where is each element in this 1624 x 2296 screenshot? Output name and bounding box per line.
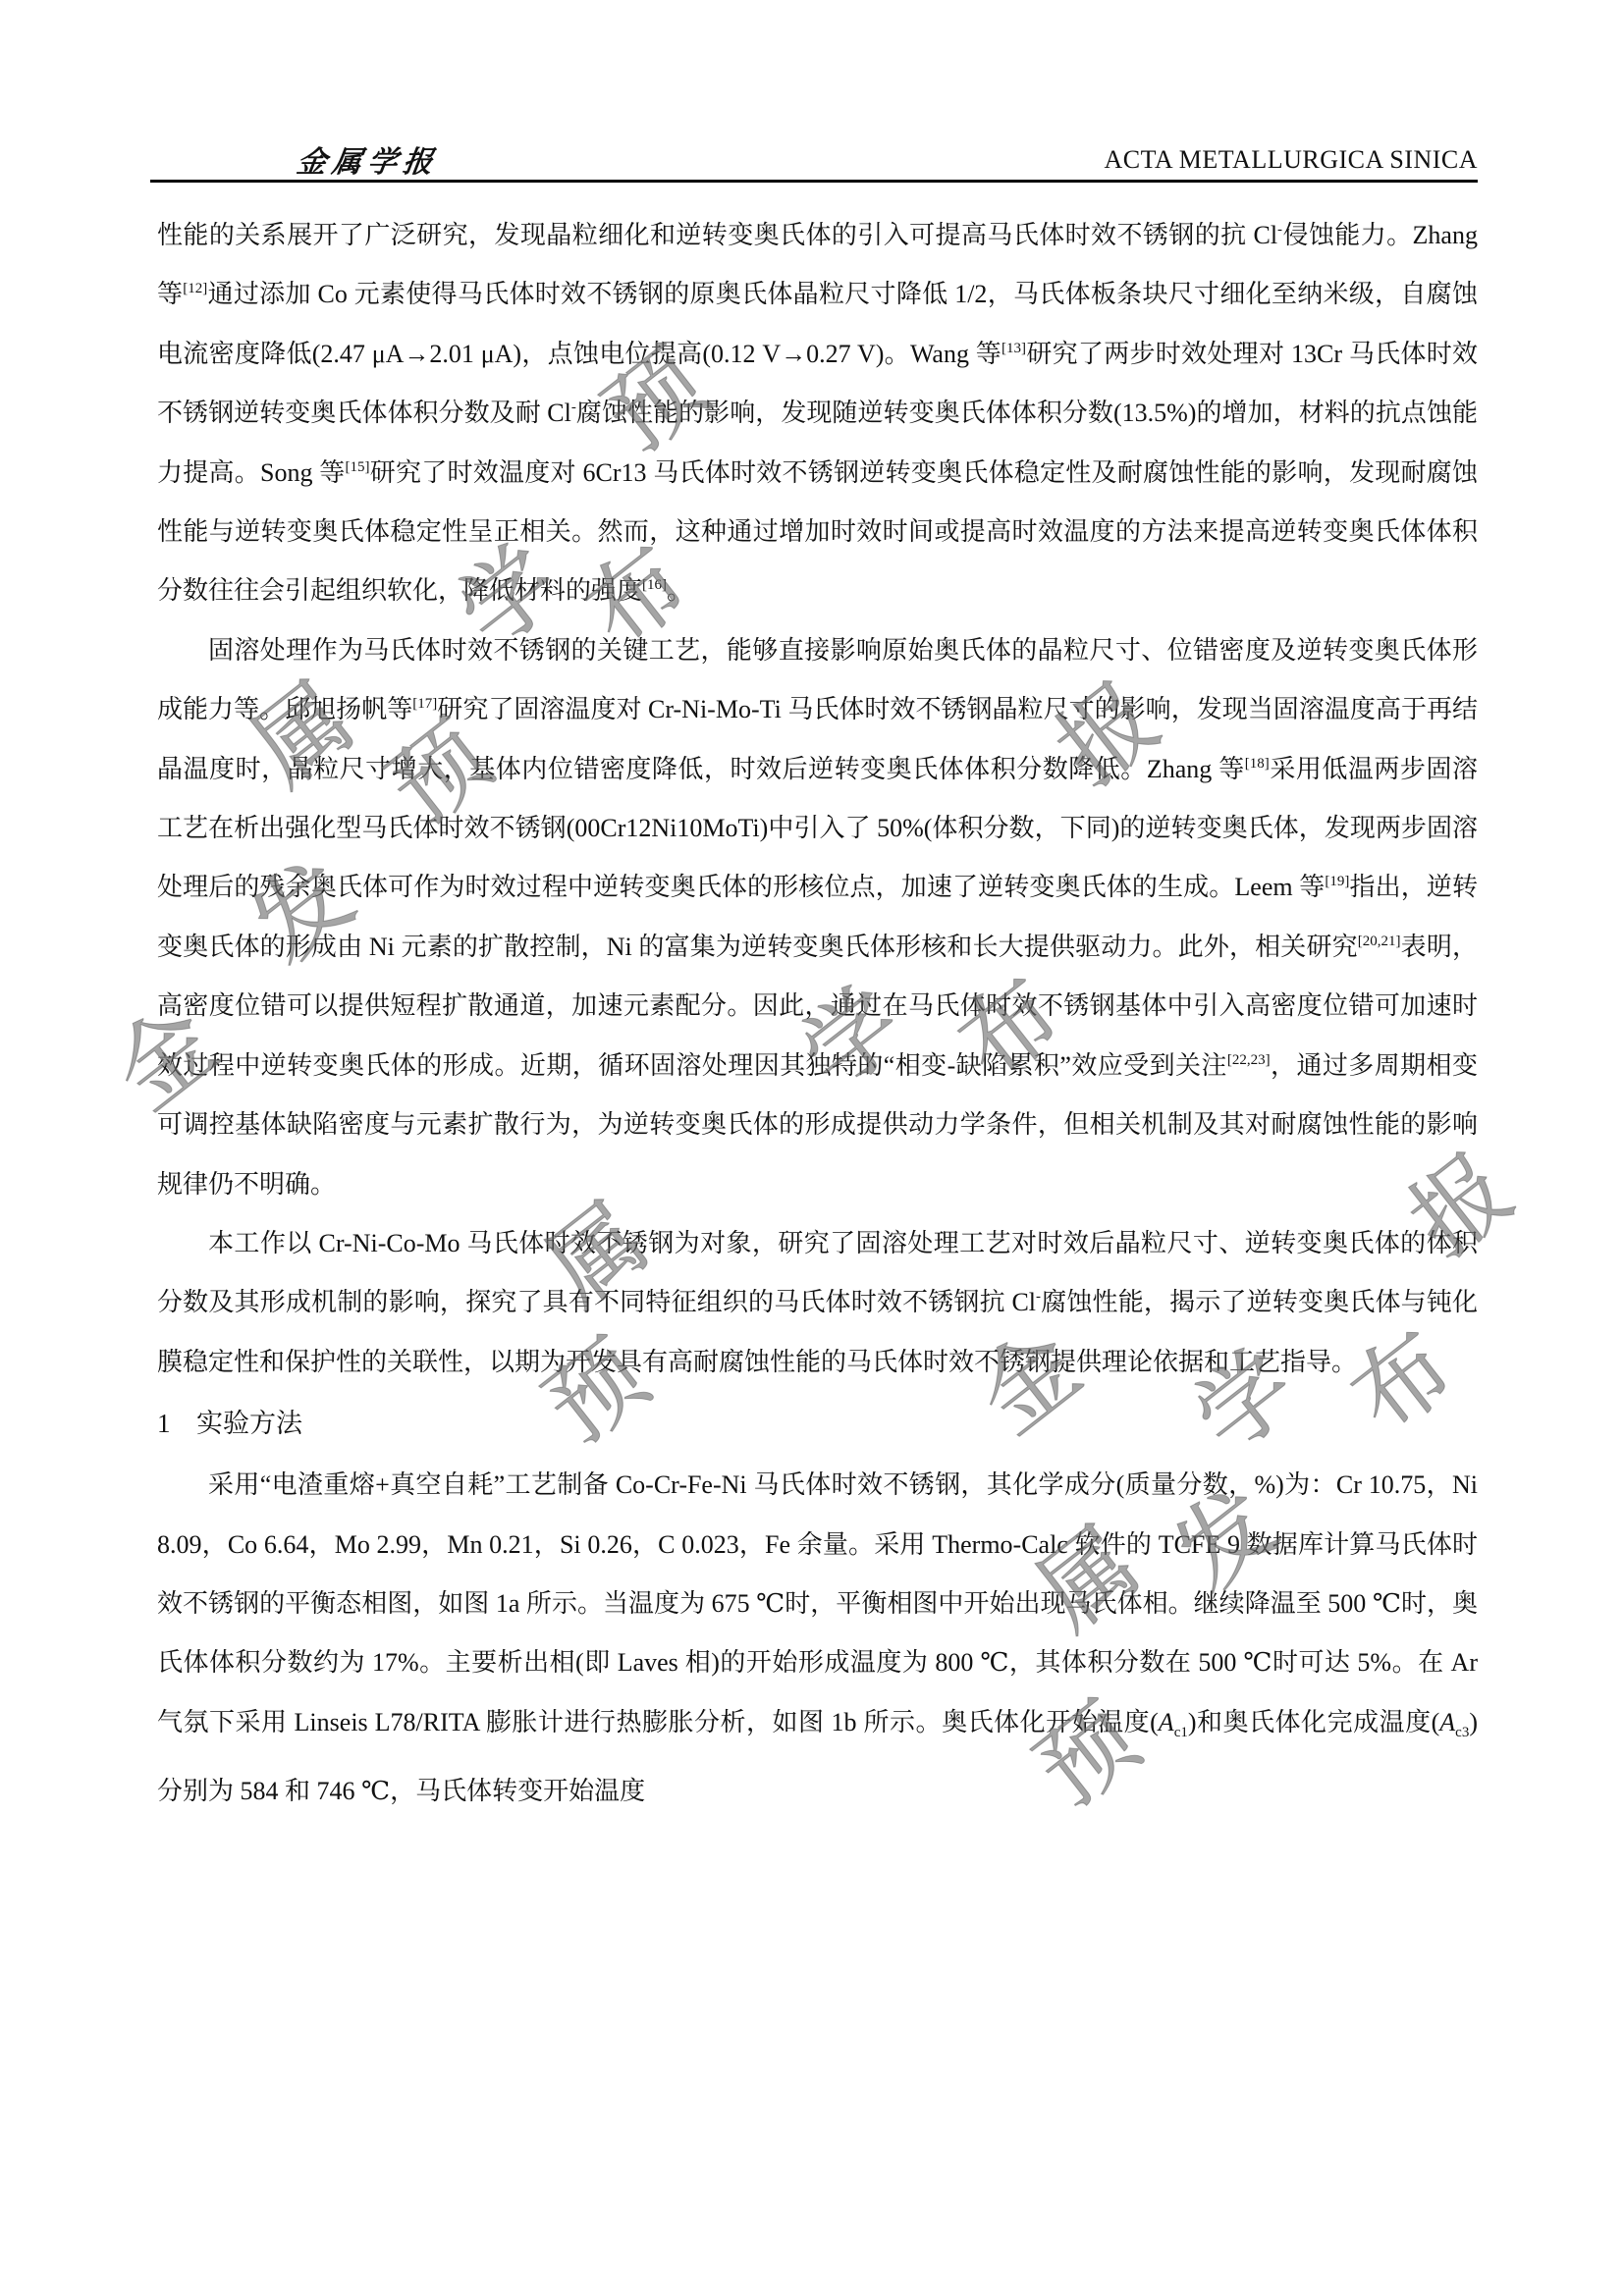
subscript: c3	[1455, 1725, 1469, 1740]
superscript: [12]	[183, 281, 207, 296]
text-run: 采用“电渣重熔+真空自耗”工艺制备 Co-Cr-Fe-Ni 马氏体时效不锈钢，其…	[157, 1470, 1478, 1736]
body-text: 性能的关系展开了广泛研究，发现晶粒细化和逆转变奥氏体的引入可提高马氏体时效不锈钢…	[157, 206, 1478, 1822]
running-header: 金属学报 ACTA METALLURGICA SINICA	[150, 135, 1478, 183]
introduction-paragraphs: 性能的关系展开了广泛研究，发现晶粒细化和逆转变奥氏体的引入可提高马氏体时效不锈钢…	[157, 206, 1478, 1392]
superscript: [15]	[345, 459, 369, 475]
italic-symbol: A	[1159, 1708, 1174, 1736]
superscript: [16]	[642, 577, 667, 593]
superscript: [17]	[412, 696, 437, 712]
text-run: 研究了时效温度对 6Cr13 马氏体时效不锈钢逆转变奥氏体稳定性及耐腐蚀性能的影…	[157, 458, 1478, 606]
section-paragraphs: 采用“电渣重熔+真空自耗”工艺制备 Co-Cr-Fe-Ni 马氏体时效不锈钢，其…	[157, 1456, 1478, 1822]
italic-symbol: A	[1439, 1708, 1455, 1736]
section-title: 实验方法	[196, 1409, 302, 1439]
superscript: [13]	[1001, 341, 1026, 356]
subscript: c1	[1174, 1725, 1188, 1740]
superscript: [22,23]	[1227, 1052, 1271, 1068]
body-paragraph: 采用“电渣重熔+真空自耗”工艺制备 Co-Cr-Fe-Ni 马氏体时效不锈钢，其…	[157, 1456, 1478, 1822]
text-run: 性能的关系展开了广泛研究，发现晶粒细化和逆转变奥氏体的引入可提高马氏体时效不锈钢…	[157, 221, 1277, 249]
body-paragraph: 本工作以 Cr-Ni-Co-Mo 马氏体时效不锈钢为对象，研究了固溶处理工艺对时…	[157, 1214, 1478, 1392]
superscript: [20,21]	[1358, 934, 1401, 949]
journal-title-en: ACTA METALLURGICA SINICA	[1104, 145, 1478, 175]
section-heading: 1实验方法	[157, 1392, 1478, 1456]
body-paragraph: 固溶处理作为马氏体时效不锈钢的关键工艺，能够直接影响原始奥氏体的晶粒尺寸、位错密…	[157, 621, 1478, 1214]
superscript: [19]	[1325, 874, 1349, 889]
journal-logo-cn: 金属学报	[295, 137, 442, 181]
text-run: )和奥氏体化完成温度(	[1188, 1708, 1439, 1736]
header-rule	[150, 180, 1478, 183]
text-run: 。	[667, 576, 692, 605]
superscript: [18]	[1245, 756, 1270, 772]
section-number: 1	[157, 1392, 196, 1455]
document-page: 金属学报 ACTA METALLURGICA SINICA 性能的关系展开了广泛…	[0, 0, 1624, 2296]
body-paragraph: 性能的关系展开了广泛研究，发现晶粒细化和逆转变奥氏体的引入可提高马氏体时效不锈钢…	[157, 206, 1478, 621]
